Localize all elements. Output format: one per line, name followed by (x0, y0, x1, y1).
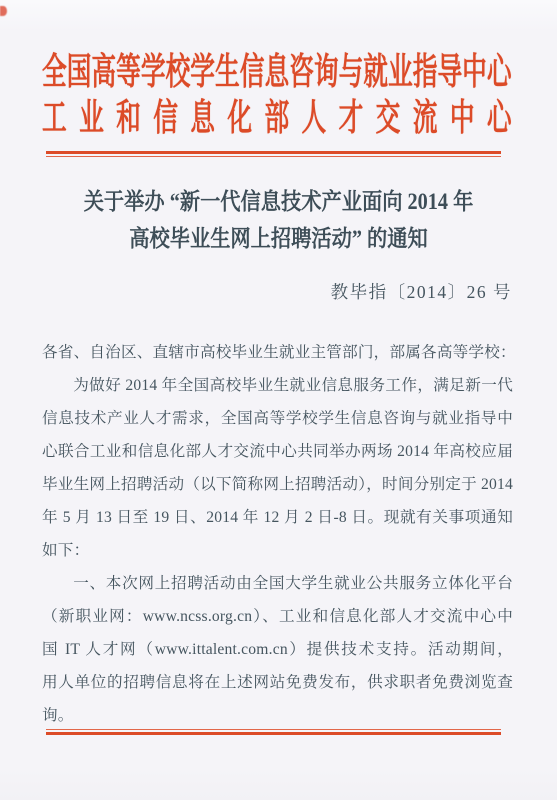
body-line: 用人单位的招聘信息将在上述网站免费发布，供求职者免费浏览查 (42, 666, 513, 699)
body-line: 毕业生网上招聘活动（以下简称网上招聘活动），时间分别定于 2014 (42, 468, 513, 501)
body-line: 询。 (42, 699, 513, 732)
body-line: 国 IT 人才网（www.ittalent.com.cn）提供技术支持。活动期间… (42, 633, 513, 666)
notice-title-line-2: 高校毕业生网上招聘活动” 的通知 (33, 221, 523, 258)
body-line-item-one: 一、本次网上招聘活动由全国大学生就业公共服务立体化平台 (42, 567, 513, 600)
scan-artifact-mark (0, 6, 7, 16)
letterhead-org-line-2: 工业和信息化部人才交流中心 (42, 100, 512, 174)
divider-thick-line (46, 732, 501, 735)
document-page: 全国高等学校学生信息咨询与就业指导中心 工业和信息化部人才交流中心 关于举办 “… (0, 0, 557, 800)
body-line: 年 5 月 13 日至 19 日、2014 年 12 月 2 日-8 日。现就有… (42, 501, 513, 534)
body-line: （新职业网：www.ncss.org.cn）、工业和信息化部人才交流中心中 (42, 600, 513, 633)
letterhead-divider (46, 151, 501, 157)
body-line: 心联合工业和信息化部人才交流中心共同举办两场 2014 年高校应届 (42, 435, 513, 468)
footer-divider (46, 729, 501, 735)
notice-title: 关于举办 “新一代信息技术产业面向 2014 年 高校毕业生网上招聘活动” 的通… (33, 184, 523, 257)
body-line: 信息技术产业人才需求，全国高等学校学生信息咨询与就业指导中 (42, 402, 513, 435)
notice-body: 各省、自治区、直辖市高校毕业生就业主管部门，部属各高等学校： 为做好 2014 … (42, 336, 513, 732)
body-line: 为做好 2014 年全国高校毕业生就业信息服务工作，满足新一代 (42, 369, 513, 402)
letterhead-org-line-1: 全国高等学校学生信息咨询与就业指导中心 (42, 54, 512, 91)
notice-title-line-1: 关于举办 “新一代信息技术产业面向 2014 年 (33, 184, 523, 221)
divider-thin-line (46, 156, 501, 157)
body-line: 如下： (42, 534, 513, 567)
body-line-salutation: 各省、自治区、直辖市高校毕业生就业主管部门，部属各高等学校： (42, 336, 513, 369)
document-number: 教毕指〔2014〕26 号 (331, 284, 512, 302)
